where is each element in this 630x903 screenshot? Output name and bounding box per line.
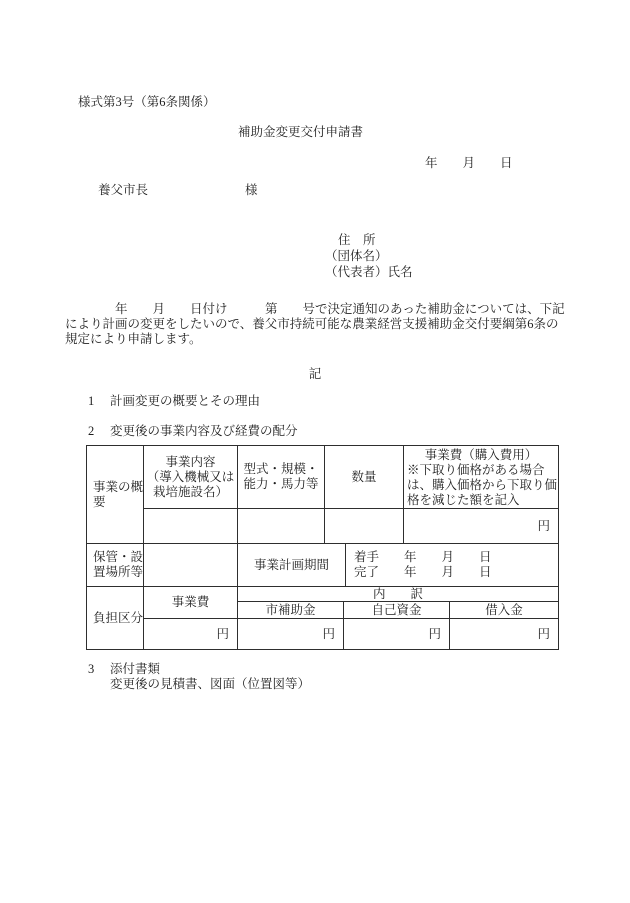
addressee-line: 養父市長様 bbox=[98, 183, 258, 198]
ki-separator: 記 bbox=[0, 367, 630, 382]
applicant-org-label: （団体名） bbox=[325, 248, 413, 264]
expense-allocation-table: 事業の概 要 事業内容 （導入機械又は 栽培施設名） 型式・規模・ 能力・馬力等… bbox=[86, 445, 559, 650]
header-project-period: 事業計画期間 bbox=[238, 544, 346, 587]
header-borrowed-funds: 借入金 bbox=[450, 602, 558, 619]
section-3-number: 3 bbox=[88, 662, 110, 677]
storage-location-blank bbox=[144, 544, 238, 587]
header-burden-category: 負担区分 bbox=[87, 587, 144, 649]
cost-note-line-3: 格を減じた額を記入 bbox=[404, 493, 558, 508]
section-3-heading: 3添付書類 変更後の見積書、図面（位置図等） bbox=[88, 662, 310, 692]
cost-note-line-2: は、購入価格から下取り価 bbox=[404, 478, 558, 493]
header-project-cost-total: 事業費 bbox=[144, 587, 238, 619]
section-1-number: 1 bbox=[88, 394, 110, 409]
entry-spec-blank bbox=[238, 509, 325, 544]
date-line: 年 月 日 bbox=[425, 156, 513, 171]
project-period-dates: 着手 年 月 日 完了 年 月 日 bbox=[346, 544, 558, 587]
own-funds-yen: 円 bbox=[344, 619, 450, 649]
section-3-detail: 変更後の見積書、図面（位置図等） bbox=[88, 677, 310, 692]
header-project-overview: 事業の概 要 bbox=[87, 446, 144, 544]
entry-content-blank bbox=[144, 509, 238, 544]
body-line-3: 規定により申請します。 bbox=[65, 332, 565, 347]
addressee-honorific: 様 bbox=[245, 183, 258, 197]
applicant-block: 住 所 （団体名） （代表者）氏名 bbox=[325, 232, 413, 280]
header-model-spec: 型式・規模・ 能力・馬力等 bbox=[238, 446, 325, 509]
header-own-funds: 自己資金 bbox=[344, 602, 450, 619]
total-cost-yen: 円 bbox=[144, 619, 238, 649]
applicant-representative-label: （代表者）氏名 bbox=[325, 264, 413, 280]
body-paragraph: 年 月 日付け 第 号で決定通知のあった補助金については、下記 により計画の変更… bbox=[65, 302, 565, 347]
borrowed-funds-yen: 円 bbox=[450, 619, 558, 649]
period-start-line: 着手 年 月 日 bbox=[346, 550, 558, 565]
cost-note-line-1: ※下取り価格がある場合 bbox=[404, 463, 558, 478]
header-project-content: 事業内容 （導入機械又は 栽培施設名） bbox=[144, 446, 238, 509]
application-form-page: 様式第3号（第6条関係） 補助金変更交付申請書 年 月 日 養父市長様 住 所 … bbox=[0, 0, 630, 903]
header-city-subsidy: 市補助金 bbox=[238, 602, 344, 619]
section-3-title: 添付書類 bbox=[110, 662, 160, 676]
entry-quantity-blank bbox=[325, 509, 404, 544]
project-cost-title: 事業費（購入費用） bbox=[404, 448, 558, 463]
document-title: 補助金変更交付申請書 bbox=[238, 125, 363, 140]
period-end-line: 完了 年 月 日 bbox=[346, 565, 558, 580]
section-1-title: 計画変更の概要とその理由 bbox=[110, 394, 260, 408]
header-breakdown: 内 訳 bbox=[238, 587, 558, 602]
body-line-1: 年 月 日付け 第 号で決定通知のあった補助金については、下記 bbox=[65, 302, 565, 317]
section-2-title: 変更後の事業内容及び経費の配分 bbox=[110, 424, 298, 438]
city-subsidy-yen: 円 bbox=[238, 619, 344, 649]
section-1-heading: 1計画変更の概要とその理由 bbox=[88, 394, 260, 409]
form-number: 様式第3号（第6条関係） bbox=[78, 95, 216, 110]
applicant-address-label: 住 所 bbox=[325, 232, 413, 248]
section-2-number: 2 bbox=[88, 424, 110, 439]
header-storage-location: 保管・設 置場所等 bbox=[87, 544, 144, 587]
header-quantity: 数量 bbox=[325, 446, 404, 509]
body-line-2: により計画の変更をしたいので、養父市持続可能な農業経営支援補助金交付要綱第6条の bbox=[65, 317, 565, 332]
section-2-heading: 2変更後の事業内容及び経費の配分 bbox=[88, 424, 298, 439]
header-project-cost: 事業費（購入費用） ※下取り価格がある場合 は、購入価格から下取り価 格を減じた… bbox=[404, 446, 558, 509]
addressee-name: 養父市長 bbox=[98, 183, 148, 197]
entry-cost-yen: 円 bbox=[404, 509, 558, 544]
